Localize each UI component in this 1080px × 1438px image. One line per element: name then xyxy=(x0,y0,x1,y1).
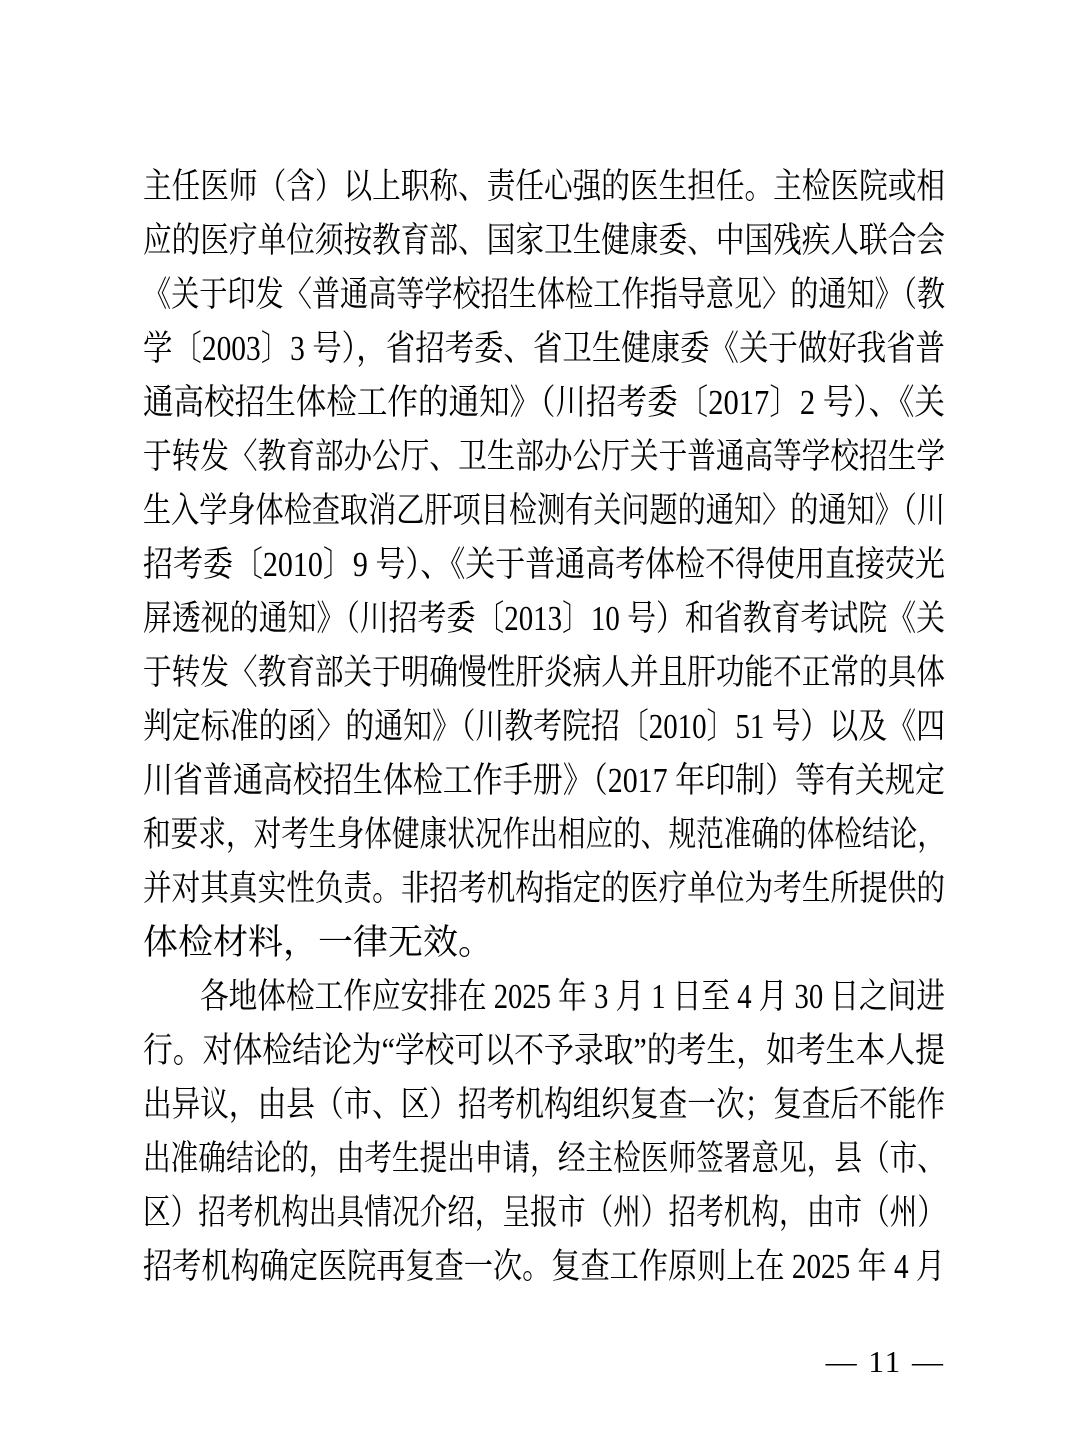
text-line: 学〔2003〕3 号），省招考委、省卫生健康委《关于做好我省普 xyxy=(143,322,945,376)
text-line: 主任医师（含）以上职称、责任心强的医生担任。主检医院或相 xyxy=(143,160,945,214)
text-line: 行。对体检结论为“学校可以不予录取”的考生，如考生本人提 xyxy=(143,1024,945,1078)
text-line: 于转发〈教育部办公厅、卫生部办公厅关于普通高等学校招生学 xyxy=(143,430,945,484)
text-line-content: 应的医疗单位须按教育部、国家卫生健康委、中国残疾人联合会 xyxy=(143,214,945,268)
text-line-content: 招考委〔2010〕9 号）、《关于普通高考体检不得使用直接荧光 xyxy=(143,538,945,592)
text-line-content: 行。对体检结论为“学校可以不予录取”的考生，如考生本人提 xyxy=(143,1024,945,1078)
text-line-content: 通高校招生体检工作的通知》（川招考委〔2017〕2 号）、《关 xyxy=(143,376,945,430)
text-line-content: 于转发〈教育部办公厅、卫生部办公厅关于普通高等学校招生学 xyxy=(143,430,945,484)
page-number: — 11 — xyxy=(143,1340,945,1384)
text-line-content: 出异议，由县（市、区）招考机构组织复查一次；复查后不能作 xyxy=(143,1078,945,1132)
text-line: 并对其真实性负责。非招考机构指定的医疗单位为考生所提供的 xyxy=(143,862,945,916)
text-line-content: 生入学身体检查取消乙肝项目检测有关问题的通知〉的通知》（川 xyxy=(143,484,945,538)
text-line-content: 招考机构确定医院再复查一次。复查工作原则上在 2025 年 4 月 xyxy=(143,1240,945,1294)
text-line: 和要求，对考生身体健康状况作出相应的、规范准确的体检结论， xyxy=(143,808,945,862)
text-line: 生入学身体检查取消乙肝项目检测有关问题的通知〉的通知》（川 xyxy=(143,484,945,538)
text-line: 于转发〈教育部关于明确慢性肝炎病人并且肝功能不正常的具体 xyxy=(143,646,945,700)
document-page: 主任医师（含）以上职称、责任心强的医生担任。主检医院或相应的医疗单位须按教育部、… xyxy=(0,0,1080,1438)
body-text: 主任医师（含）以上职称、责任心强的医生担任。主检医院或相应的医疗单位须按教育部、… xyxy=(143,160,945,1294)
text-line-content: 主任医师（含）以上职称、责任心强的医生担任。主检医院或相 xyxy=(143,160,945,214)
text-line-content: 区）招考机构出具情况介绍，呈报市（州）招考机构，由市（州） xyxy=(143,1186,945,1240)
text-line-content: 各地体检工作应安排在 2025 年 3 月 1 日至 4 月 30 日之间进 xyxy=(200,970,945,1024)
text-line: 应的医疗单位须按教育部、国家卫生健康委、中国残疾人联合会 xyxy=(143,214,945,268)
text-line-content: 体检材料，一律无效。 xyxy=(143,916,493,970)
text-line: 体检材料，一律无效。 xyxy=(143,916,945,970)
text-line-content: 《关于印发〈普通高等学校招生体检工作指导意见〉的通知》（教 xyxy=(143,268,945,322)
text-line-content: 川省普通高校招生体检工作手册》（2017 年印制）等有关规定 xyxy=(143,754,945,808)
text-line: 出准确结论的，由考生提出申请，经主检医师签署意见，县（市、 xyxy=(143,1132,945,1186)
text-line: 区）招考机构出具情况介绍，呈报市（州）招考机构，由市（州） xyxy=(143,1186,945,1240)
text-line-content: 和要求，对考生身体健康状况作出相应的、规范准确的体检结论， xyxy=(143,808,945,862)
text-line: 各地体检工作应安排在 2025 年 3 月 1 日至 4 月 30 日之间进 xyxy=(143,970,945,1024)
text-line: 屏透视的通知》（川招考委〔2013〕10 号）和省教育考试院《关 xyxy=(143,592,945,646)
text-line: 《关于印发〈普通高等学校招生体检工作指导意见〉的通知》（教 xyxy=(143,268,945,322)
text-line-content: 并对其真实性负责。非招考机构指定的医疗单位为考生所提供的 xyxy=(143,862,945,916)
text-line-content: 于转发〈教育部关于明确慢性肝炎病人并且肝功能不正常的具体 xyxy=(143,646,945,700)
text-line-content: 屏透视的通知》（川招考委〔2013〕10 号）和省教育考试院《关 xyxy=(143,592,945,646)
text-line-content: 判定标准的函〉的通知》（川教考院招〔2010〕51 号）以及《四 xyxy=(143,700,945,754)
text-line: 判定标准的函〉的通知》（川教考院招〔2010〕51 号）以及《四 xyxy=(143,700,945,754)
text-line-content: 学〔2003〕3 号），省招考委、省卫生健康委《关于做好我省普 xyxy=(143,322,945,376)
text-line: 招考委〔2010〕9 号）、《关于普通高考体检不得使用直接荧光 xyxy=(143,538,945,592)
text-line: 招考机构确定医院再复查一次。复查工作原则上在 2025 年 4 月 xyxy=(143,1240,945,1294)
text-line: 川省普通高校招生体检工作手册》（2017 年印制）等有关规定 xyxy=(143,754,945,808)
text-line: 出异议，由县（市、区）招考机构组织复查一次；复查后不能作 xyxy=(143,1078,945,1132)
text-line: 通高校招生体检工作的通知》（川招考委〔2017〕2 号）、《关 xyxy=(143,376,945,430)
text-line-content: 出准确结论的，由考生提出申请，经主检医师签署意见，县（市、 xyxy=(143,1132,945,1186)
